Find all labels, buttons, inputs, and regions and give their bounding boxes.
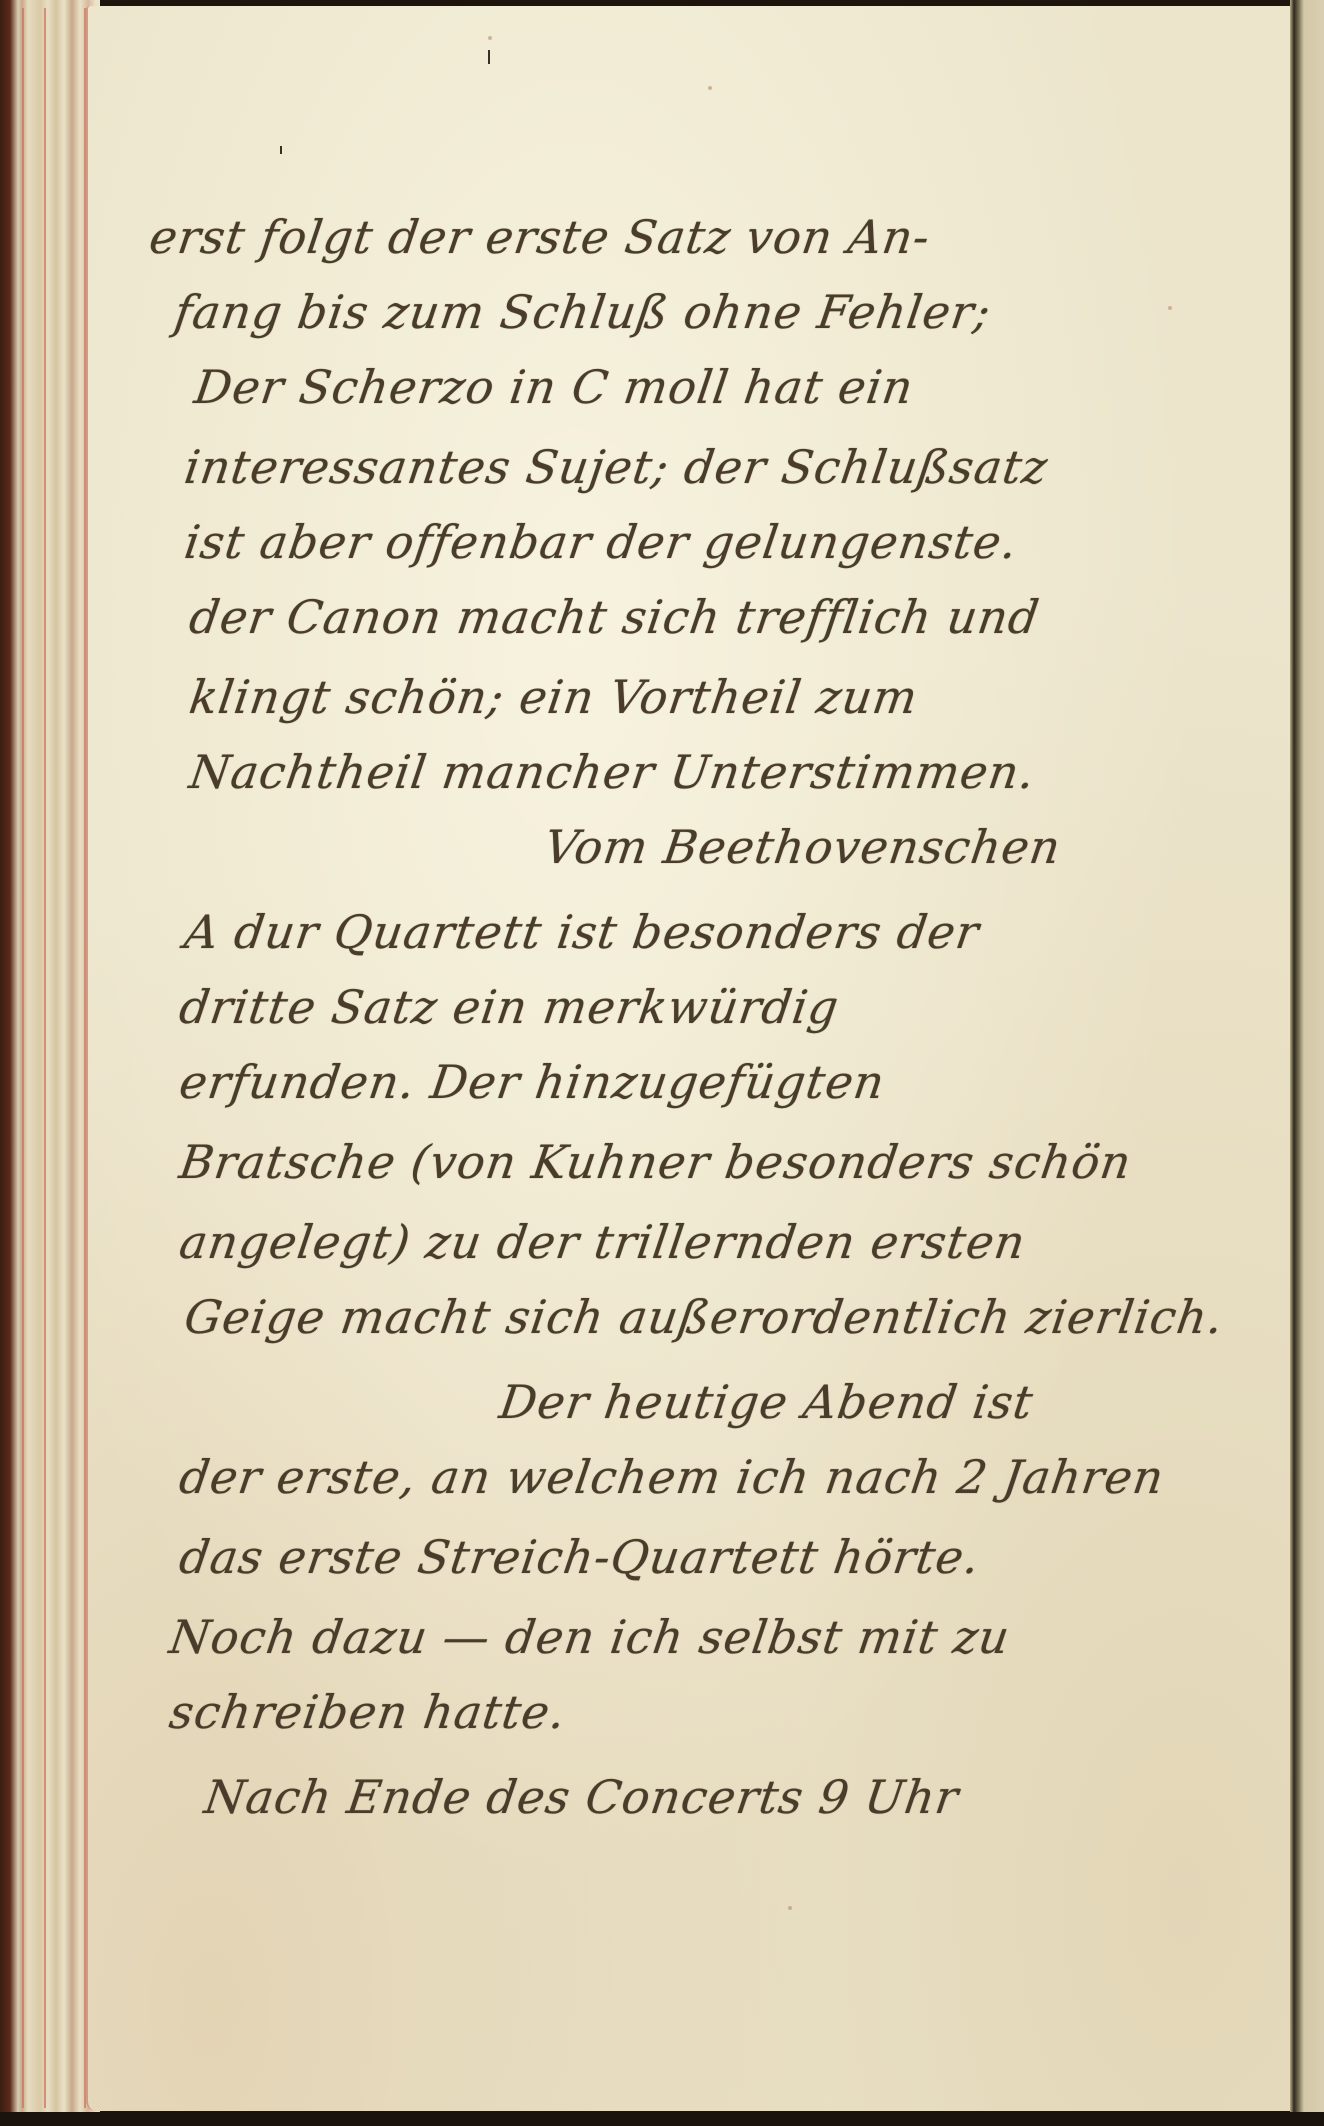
- book-gutter: [1290, 0, 1324, 2126]
- manuscript-line-17: der erste, an welchem ich nach 2 Jahren: [176, 1450, 1167, 1504]
- paper-speck: [1168, 306, 1172, 310]
- manuscript-line-5: ist aber offenbar der gelungenste.: [181, 515, 1021, 569]
- manuscript-line-20: schreiben hatte.: [166, 1685, 569, 1739]
- manuscript-line-4: interessantes Sujet; der Schlußsatz: [181, 440, 1051, 494]
- manuscript-line-12: erfunden. Der hinzugefügten: [176, 1055, 888, 1109]
- page-edge-line: [22, 8, 24, 2108]
- ink-mark: [488, 50, 490, 64]
- manuscript-line-6: der Canon macht sich trefflich und: [186, 590, 1043, 644]
- manuscript-line-2: fang bis zum Schluß ohne Fehler;: [171, 285, 994, 339]
- scan-bottom-edge: [0, 2112, 1324, 2126]
- manuscript-line-16: Der heutige Abend ist: [496, 1375, 1037, 1429]
- paper-speck: [488, 36, 492, 40]
- manuscript-line-14: angelegt) zu der trillernden ersten: [176, 1215, 1029, 1269]
- ink-mark: [280, 146, 282, 154]
- manuscript-line-11: dritte Satz ein merkwürdig: [176, 980, 842, 1034]
- manuscript-line-9: Vom Beethovenschen: [541, 820, 1064, 874]
- manuscript-line-3: Der Scherzo in C moll hat ein: [191, 360, 917, 414]
- manuscript-line-15: Geige macht sich außerordentlich zierlic…: [181, 1290, 1227, 1344]
- manuscript-line-1: erst folgt der erste Satz von An-: [146, 210, 934, 264]
- manuscript-line-13: Bratsche (von Kuhner besonders schön: [176, 1135, 1135, 1189]
- manuscript-line-18: das erste Streich-Quartett hörte.: [176, 1530, 983, 1584]
- paper-speck: [708, 86, 712, 90]
- manuscript-line-21: Nach Ende des Concerts 9 Uhr: [201, 1770, 962, 1824]
- manuscript-line-7: klingt schön; ein Vortheil zum: [186, 670, 921, 724]
- manuscript-line-8: Nachtheil mancher Unterstimmen.: [186, 745, 1039, 799]
- paper-speck: [788, 1906, 792, 1910]
- page-edge-line: [44, 8, 46, 2108]
- manuscript-line-19: Noch dazu — den ich selbst mit zu: [166, 1610, 1013, 1664]
- manuscript-line-10: A dur Quartett ist besonders der: [181, 905, 983, 959]
